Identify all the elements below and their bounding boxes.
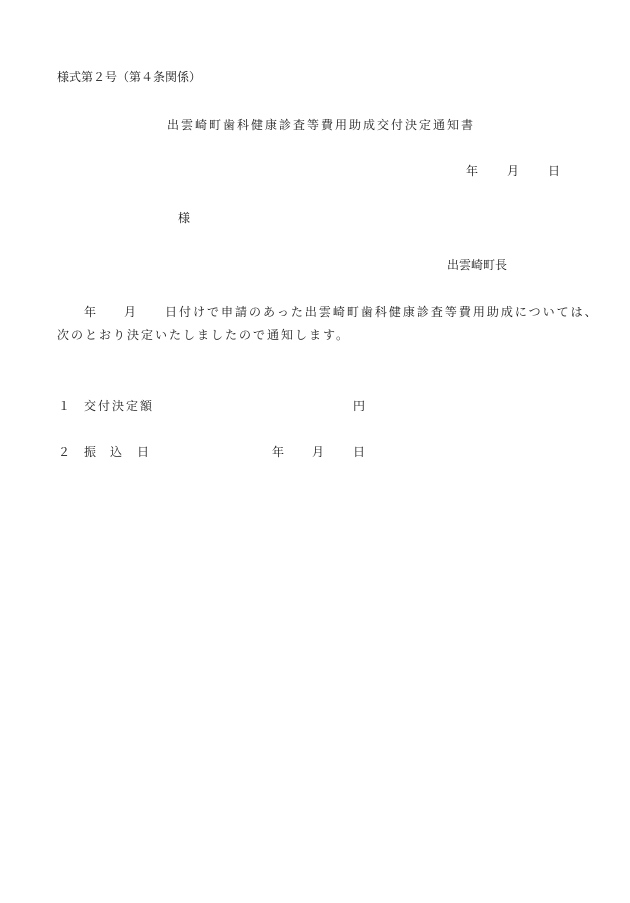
body-line2: 次のとおり決定いたしましたので通知します。 bbox=[57, 328, 350, 342]
body-line1: 日付けで申請のあった出雲崎町歯科健康診査等費用助成については、 bbox=[165, 305, 599, 319]
issue-date-year: 年 bbox=[466, 164, 478, 178]
item-label-char: 振 bbox=[84, 445, 96, 459]
transfer-month: 月 bbox=[312, 445, 324, 459]
document-title: 出雲崎町歯科健康診査等費用助成交付決定通知書 bbox=[167, 118, 475, 132]
item-label: 交付決定額 bbox=[84, 399, 154, 413]
issue-date-day: 日 bbox=[548, 164, 560, 178]
issue-date-month: 月 bbox=[507, 164, 519, 178]
item-label-char: 込 bbox=[110, 445, 122, 459]
body-month: 月 bbox=[124, 305, 136, 319]
issuer-name: 出雲崎町長 bbox=[447, 258, 507, 272]
yen-suffix: 円 bbox=[353, 399, 365, 413]
body-year: 年 bbox=[84, 305, 96, 319]
transfer-day: 日 bbox=[353, 445, 365, 459]
item-number: ２ bbox=[58, 445, 70, 459]
form-label: 様式第２号（第４条関係） bbox=[57, 70, 201, 84]
item-number: １ bbox=[58, 399, 70, 413]
transfer-year: 年 bbox=[272, 445, 284, 459]
item-label-char: 日 bbox=[137, 445, 149, 459]
recipient-honorific: 様 bbox=[178, 211, 190, 225]
